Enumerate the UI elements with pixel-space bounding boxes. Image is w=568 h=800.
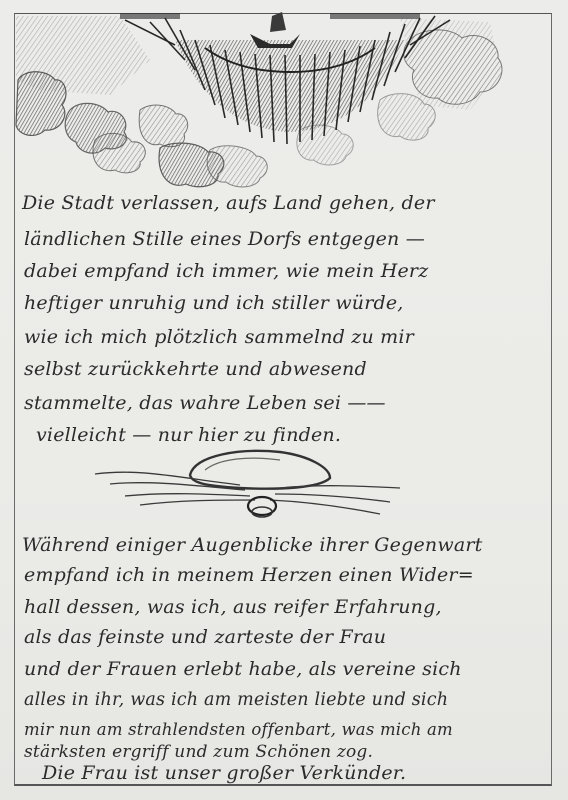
- paper-sheet: Die Stadt verlassen, aufs Land gehen, de…: [0, 0, 568, 800]
- text-line: hall dessen, was ich, aus reifer Erfahru…: [24, 596, 442, 618]
- text-line: mir nun am strahlendsten offenbart, was …: [24, 720, 453, 739]
- text-line: stammelte, das wahre Leben sei ——: [24, 392, 386, 414]
- text-line: empfand ich in meinem Herzen einen Wider…: [24, 564, 474, 586]
- text-line: wie ich mich plötzlich sammelnd zu mir: [24, 326, 414, 348]
- text-line: Die Stadt verlassen, aufs Land gehen, de…: [22, 192, 435, 214]
- text-line: Während einiger Augenblicke ihrer Gegenw…: [22, 534, 482, 556]
- sun-clouds-illustration: [0, 0, 568, 200]
- text-line: heftiger unruhig und ich stiller würde,: [24, 292, 404, 314]
- text-line: vielleicht — nur hier zu finden.: [36, 424, 341, 446]
- text-line: dabei empfand ich immer, wie mein Herz: [24, 260, 428, 282]
- closing-line: Die Frau ist unser großer Verkünder.: [42, 762, 406, 784]
- text-line: ländlichen Stille eines Dorfs entgegen —: [24, 228, 425, 250]
- text-line: stärksten ergriff und zum Schönen zog.: [24, 742, 373, 762]
- text-line: als das feinste und zarteste der Frau: [24, 626, 386, 648]
- text-line: alles in ihr, was ich am meisten liebte …: [24, 690, 448, 710]
- text-line: und der Frauen erlebt habe, als vereine …: [24, 658, 462, 680]
- text-line: selbst zurückkehrte und abwesend: [24, 358, 367, 380]
